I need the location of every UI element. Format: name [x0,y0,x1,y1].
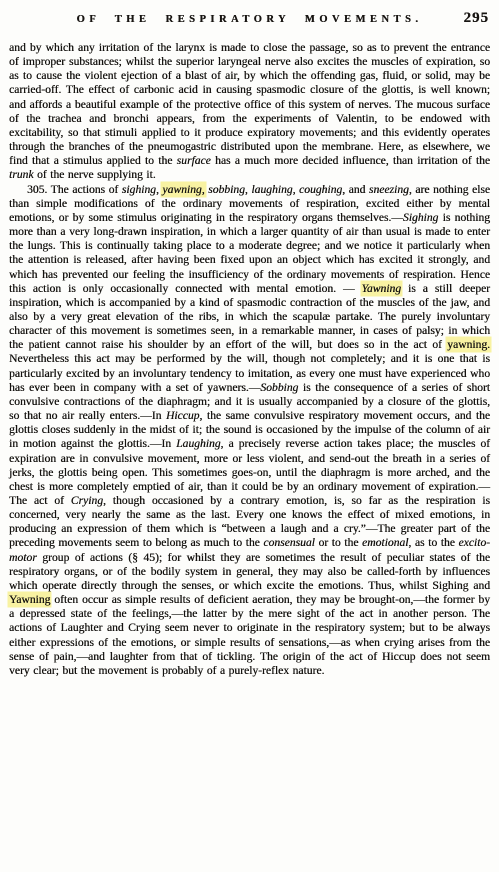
text-run: , as to the [408,536,458,549]
text-run: surface [177,154,211,167]
text-run: 305. The actions of [27,183,122,196]
text-run: Sighing [403,211,438,224]
text-run: Hiccup [166,409,199,422]
page-body: and by which any irritation of the laryn… [9,41,490,678]
page-header: OF THE RESPIRATORY MOVEMENTS. 295 [9,10,490,34]
text-run: trunk [9,168,33,181]
text-run: has a much more decided influence, than … [211,154,490,167]
highlighted-text: Yawning [9,593,50,606]
text-run: sighing [122,183,156,196]
text-run: coughing [299,183,342,196]
text-run: often occur as simple results of deficie… [9,593,490,677]
text-run: group of actions (§ 45); for whilst they… [9,551,490,592]
text-run: Sobbing [260,381,298,394]
text-run: Laughing [176,437,220,450]
text-run: of the nerve supplying it. [33,168,155,181]
text-run: Crying [71,494,103,507]
text-run: sobbing [208,183,245,196]
paragraph: and by which any irritation of the laryn… [9,41,490,183]
text-run: and by which any irritation of the laryn… [9,41,490,167]
text-run: emotional [362,536,408,549]
highlighted-text: yawning. [447,338,490,351]
book-page: OF THE RESPIRATORY MOVEMENTS. 295 and by… [0,0,499,872]
running-title: OF THE RESPIRATORY MOVEMENTS. [9,14,490,25]
paragraph: 305. The actions of sighing, yawning, so… [9,183,490,678]
highlighted-text: yawning, [162,183,204,196]
text-run: or to the [315,536,362,549]
highlighted-text: Yawning [362,282,402,295]
text-run: , and [342,183,369,196]
text-run: laughing [251,183,292,196]
page-number: 295 [464,10,490,27]
text-run: sneezing [369,183,409,196]
text-run: consensual [263,536,315,549]
